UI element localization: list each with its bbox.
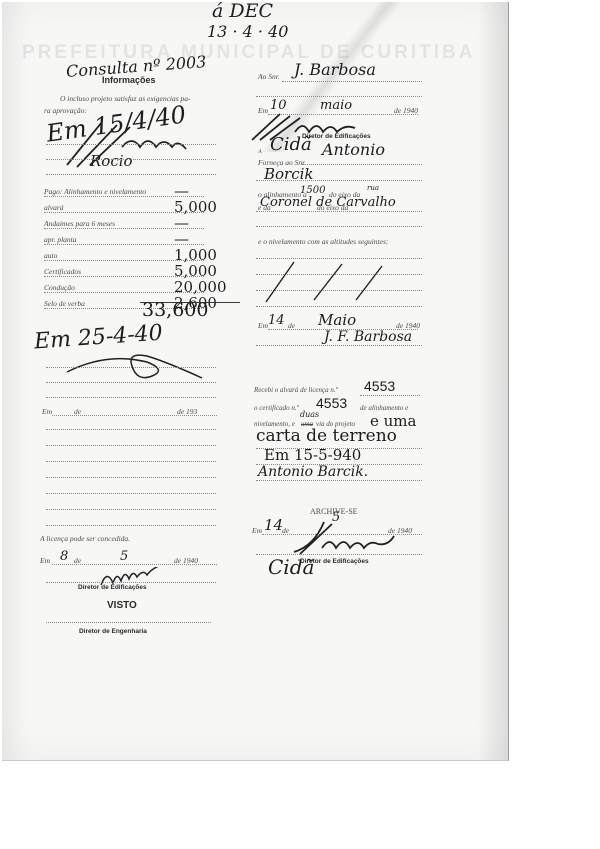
director-engineering-label: Diretor de Engenharia [79, 628, 147, 635]
blank-date-em: Em [42, 407, 52, 416]
licence-date-em: Em [40, 556, 50, 565]
receipt-handwritten-2: carta de terreno [256, 426, 397, 446]
dotted-line [256, 448, 422, 449]
director-buildings-label-right: Diretor de Edificações [302, 133, 371, 140]
dotted-line [256, 345, 422, 346]
receipt-handwritten-4: Antonio Barcik. [258, 464, 368, 480]
dotted-line [46, 461, 216, 462]
axis-text-2: do eixo da [317, 203, 348, 212]
archive-initials: Cidã [268, 555, 314, 579]
licence-date-month: 5 [120, 549, 128, 564]
dotted-line [256, 226, 422, 227]
receipt-certificate-label: o certificado n.º [254, 404, 299, 412]
dotted-line [46, 477, 216, 478]
archive-date-day: 14 [264, 516, 283, 534]
a-label: A [258, 149, 262, 155]
fee-label: Condução [44, 283, 75, 292]
receipt-licence-label: Recebi o alvará de licença n.º [254, 386, 338, 394]
archive-signature [292, 518, 412, 558]
handwritten-first-name: Antonio [322, 140, 385, 159]
licence-date-day: 8 [60, 549, 68, 564]
to-name: J. Barbosa [294, 60, 376, 79]
receipt-certificate-number: 4553 [316, 395, 347, 411]
dotted-line [46, 525, 216, 526]
dotted-line [282, 81, 422, 82]
dotted-line [256, 96, 422, 97]
dotted-line [46, 159, 216, 160]
fee-label: Andaimes para 6 meses [44, 219, 115, 228]
director-buildings-label: Diretor de Edificações [78, 584, 147, 591]
leveling-text: e o nivelamento com as altitudes seguint… [258, 237, 388, 246]
receipt-inserted-word: duas [300, 410, 319, 419]
licence-text: A licença pode ser concedida. [40, 534, 130, 543]
dotted-line [46, 582, 216, 583]
dotted-line [46, 382, 216, 383]
dotted-line [256, 306, 422, 307]
dotted-line [256, 180, 422, 181]
dotted-line [302, 164, 422, 165]
dotted-line [52, 415, 217, 416]
handwritten-initials: Cidã [270, 134, 312, 155]
sign-date-month: Maio [318, 311, 356, 329]
dotted-line [46, 174, 216, 175]
dotted-line [256, 464, 422, 465]
dotted-line [256, 480, 422, 481]
and-da: e da [258, 203, 271, 212]
fee-label: apr. planta [44, 235, 77, 244]
dotted-line [46, 367, 216, 368]
fee-label: auto [44, 251, 57, 260]
fee-label: Selo de verba [44, 299, 85, 308]
scanned-document-page: PREFEITURA MUNICIPAL DE CURITIBA á DEC 1… [2, 2, 509, 761]
handwritten-name-rocio: Rocio [90, 152, 133, 170]
dotted-line [360, 395, 420, 396]
receipt-licence-number: 4553 [364, 378, 395, 394]
dotted-line [46, 622, 211, 623]
sign-date-em: Em [258, 321, 268, 330]
archive-date-em: Em [252, 526, 262, 535]
routing-note-line2: 13 · 4 · 40 [207, 22, 288, 41]
visto-label: VISTO [107, 600, 137, 611]
fees-total: 33,600 [142, 299, 208, 321]
routing-note-line1: á DEC [212, 0, 273, 22]
dotted-line [46, 144, 216, 145]
leveling-strike-marks [264, 260, 414, 305]
to-label: Ao Snr. [258, 72, 280, 81]
sign-date-day: 14 [268, 313, 285, 328]
dotted-line [46, 397, 216, 398]
axis-street: rua [367, 184, 379, 192]
official-signature: J. F. Barbosa [324, 329, 412, 345]
section-title-informacoes: Informações [102, 75, 156, 85]
dotted-line [256, 258, 422, 259]
dotted-line [46, 429, 216, 430]
dotted-line [52, 564, 217, 565]
fee-label: Certificados [44, 267, 81, 276]
dotted-line [46, 493, 216, 494]
dotted-line [46, 509, 216, 510]
dotted-line [46, 445, 216, 446]
receipt-line2-suffix: de alinhamento e [360, 404, 408, 412]
fee-label: Pago: Alinhamento e nivelamento [44, 187, 146, 196]
intro-text-line2: ra aprovação: [44, 106, 87, 115]
fee-label: alvará [44, 203, 64, 212]
